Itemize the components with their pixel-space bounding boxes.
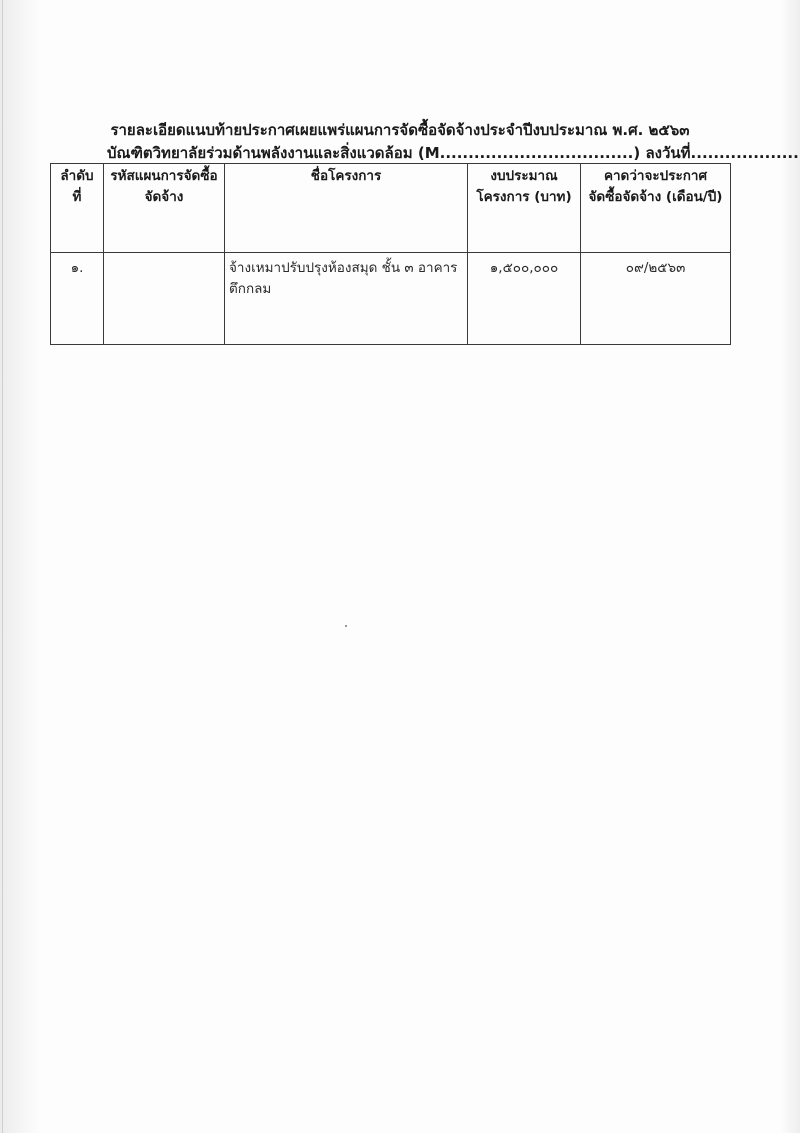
cell-budget: ๑,๕๐๐,๐๐๐ bbox=[468, 253, 581, 345]
cell-plan-code bbox=[104, 253, 225, 345]
header-announce-date: คาดว่าจะประกาศ จัดซื้อจัดจ้าง (เดือน/ปี) bbox=[581, 164, 731, 253]
document-subtitle: บัณฑิตวิทยาลัยร่วมด้านพลังงานและสิ่งแวดล… bbox=[107, 141, 800, 165]
cell-project-name: จ้างเหมาปรับปรุงห้องสมุด ชั้น ๓ อาคารตึก… bbox=[225, 253, 468, 345]
cell-announce-date: ๐๙/๒๕๖๓ bbox=[581, 253, 731, 345]
header-plan-code: รหัสแผนการจัดซื้อ จัดจ้าง bbox=[104, 164, 225, 253]
scan-speck bbox=[345, 625, 347, 627]
header-budget: งบประมาณ โครงการ (บาท) bbox=[468, 164, 581, 253]
table-row: ๑. จ้างเหมาปรับปรุงห้องสมุด ชั้น ๓ อาคาร… bbox=[51, 253, 731, 345]
table-header-row: ลำดับ ที่ รหัสแผนการจัดซื้อ จัดจ้าง ชื่อ… bbox=[51, 164, 731, 253]
header-project-name: ชื่อโครงการ bbox=[225, 164, 468, 253]
cell-seq: ๑. bbox=[51, 253, 104, 345]
header-seq: ลำดับ ที่ bbox=[51, 164, 104, 253]
page-edge bbox=[2, 0, 3, 1133]
page-shadow-right bbox=[780, 0, 800, 1133]
procurement-plan-table: ลำดับ ที่ รหัสแผนการจัดซื้อ จัดจ้าง ชื่อ… bbox=[50, 163, 731, 345]
page-shadow-left bbox=[0, 0, 40, 1133]
document-title: รายละเอียดแนบท้ายประกาศเผยแพร่แผนการจัดซ… bbox=[0, 118, 800, 142]
